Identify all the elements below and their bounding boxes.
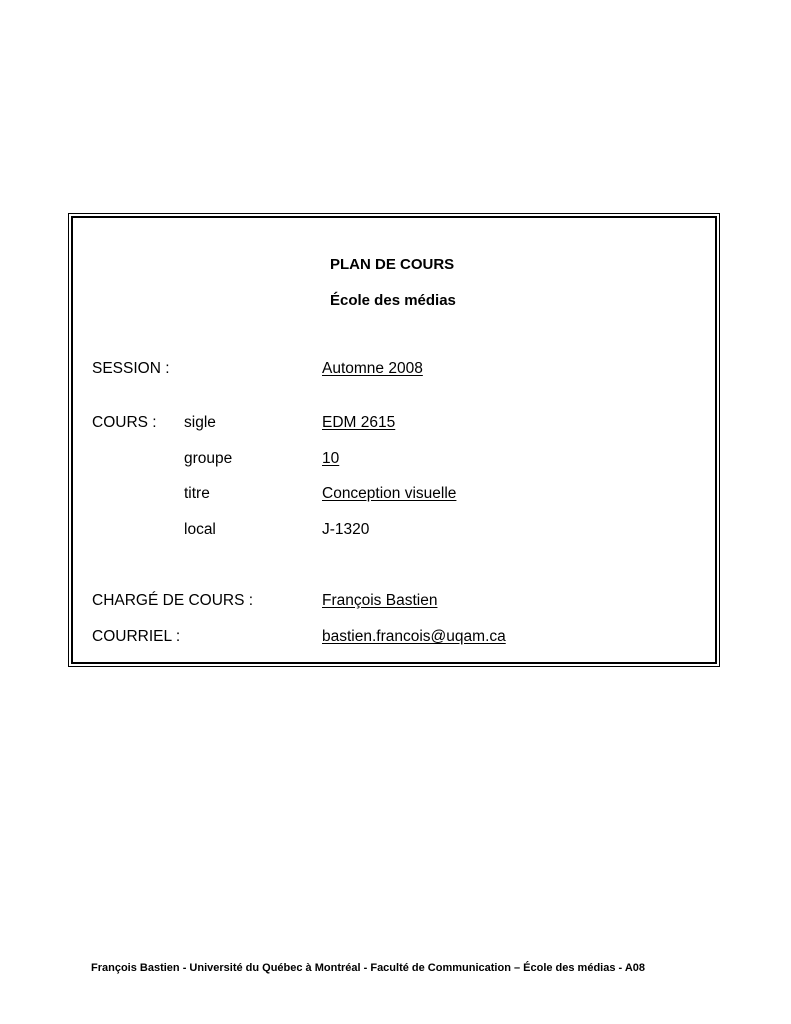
- charge-label: CHARGÉ DE COURS :: [92, 592, 253, 610]
- course-info-frame: PLAN DE COURS École des médias SESSION :…: [68, 213, 720, 667]
- document-subtitle: École des médias: [330, 292, 456, 309]
- cours-label: COURS :: [92, 414, 157, 432]
- course-info-frame-inner: PLAN DE COURS École des médias SESSION :…: [71, 216, 717, 664]
- cours-titre-label: titre: [184, 485, 210, 503]
- courriel-link[interactable]: bastien.francois@uqam.ca: [322, 628, 506, 646]
- cours-sigle-value: EDM 2615: [322, 414, 395, 432]
- charge-value: François Bastien: [322, 592, 437, 610]
- cours-groupe-label: groupe: [184, 450, 232, 468]
- cours-local-value: J-1320: [322, 521, 369, 539]
- session-value: Automne 2008: [322, 360, 423, 378]
- session-label: SESSION :: [92, 360, 170, 378]
- cours-titre-value: Conception visuelle: [322, 485, 456, 503]
- page-footer: François Bastien - Université du Québec …: [91, 962, 645, 974]
- cours-groupe-value: 10: [322, 450, 339, 468]
- document-title: PLAN DE COURS: [330, 256, 454, 273]
- cours-sigle-label: sigle: [184, 414, 216, 432]
- courriel-label: COURRIEL :: [92, 628, 180, 646]
- cours-local-label: local: [184, 521, 216, 539]
